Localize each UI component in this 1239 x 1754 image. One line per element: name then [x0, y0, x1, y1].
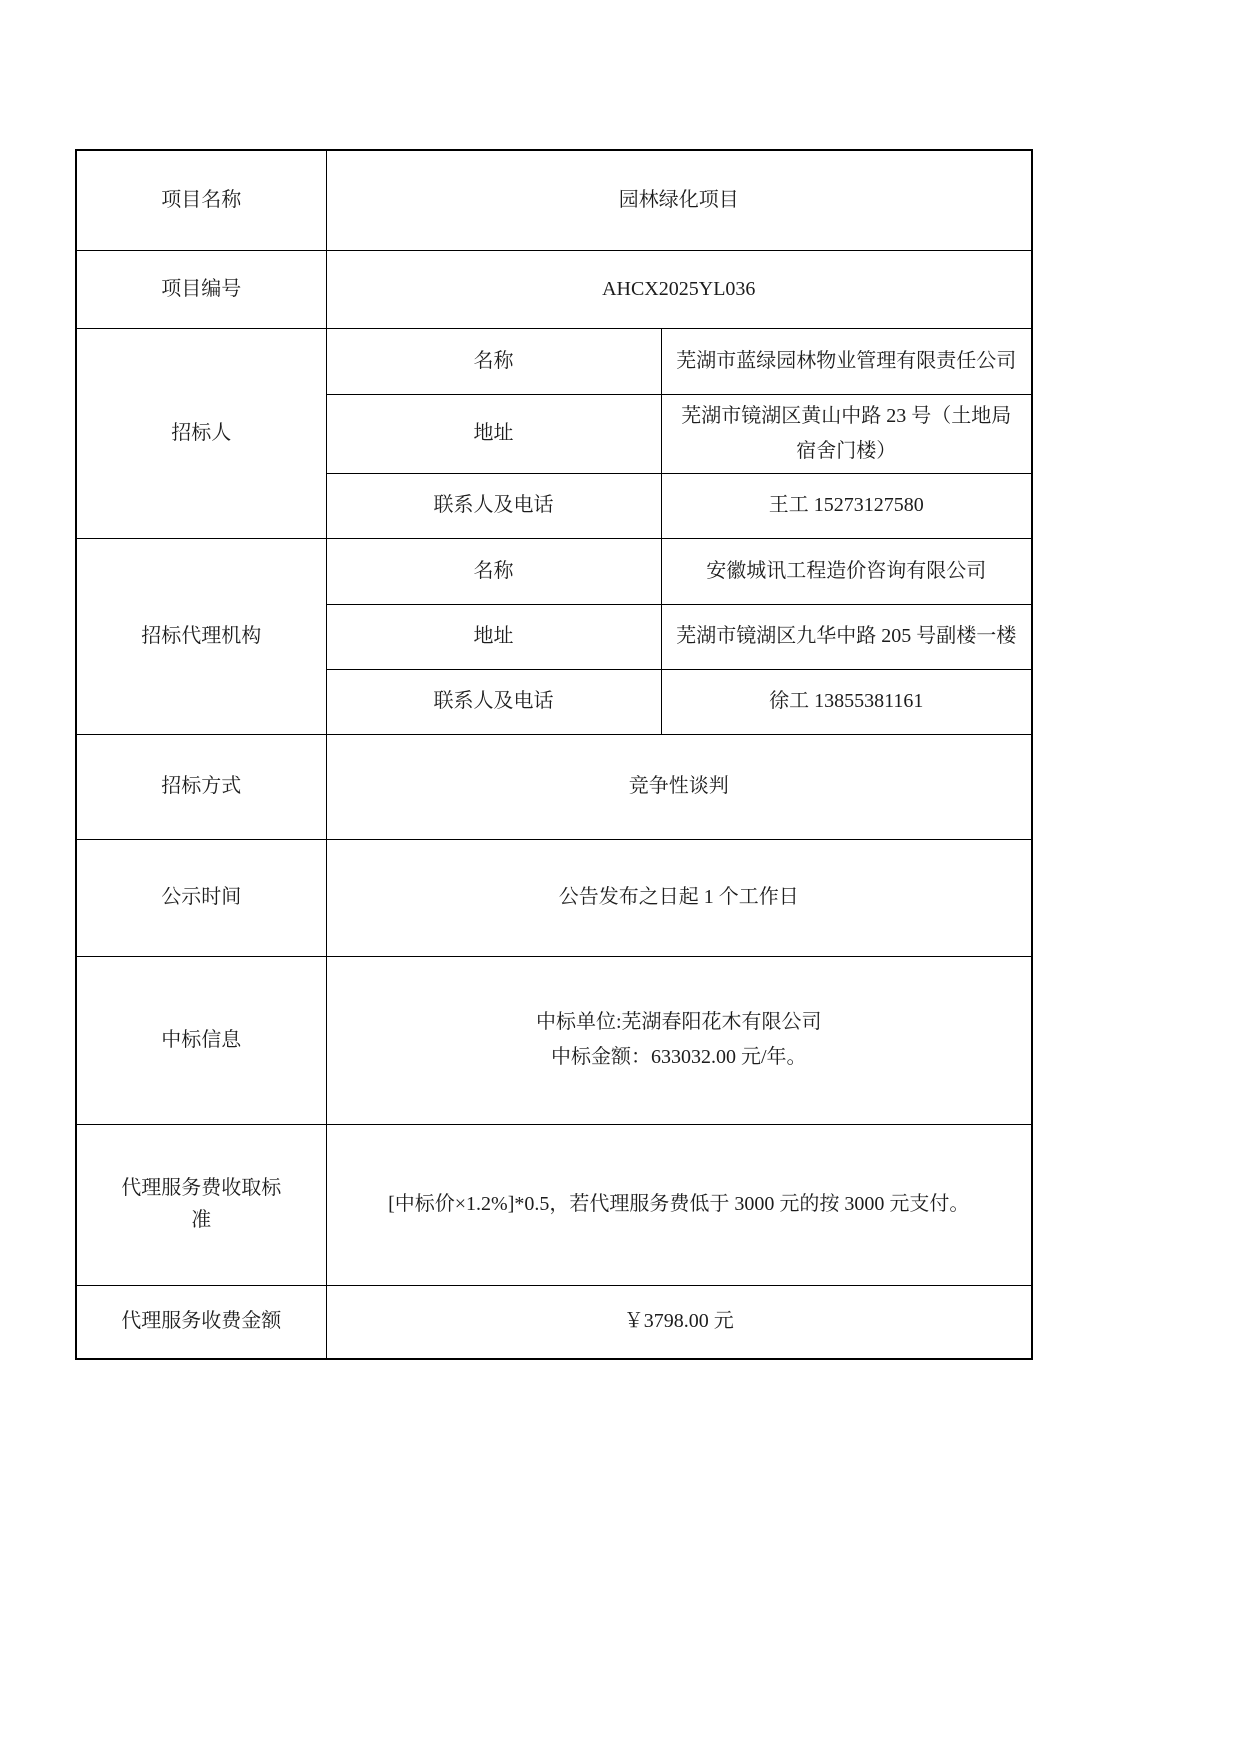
tenderer-name-label: 名称	[326, 328, 661, 394]
award-amount-line: 中标金额：633032.00 元/年。	[337, 1040, 1022, 1075]
tenderer-contact-label: 联系人及电话	[326, 473, 661, 538]
tenderer-address-label: 地址	[326, 394, 661, 473]
tender-method-value: 竞争性谈判	[326, 734, 1032, 839]
tenderer-address-value: 芜湖市镜湖区黄山中路 23 号（土地局宿舍门楼）	[661, 394, 1032, 473]
agency-contact-label: 联系人及电话	[326, 669, 661, 734]
tenderer-label: 招标人	[76, 328, 326, 538]
row-fee-standard: 代理服务费收取标准 [中标价×1.2%]*0.5，若代理服务费低于 3000 元…	[76, 1124, 1032, 1285]
fee-standard-value: [中标价×1.2%]*0.5，若代理服务费低于 3000 元的按 3000 元支…	[326, 1124, 1032, 1285]
row-publicity-time: 公示时间 公告发布之日起 1 个工作日	[76, 839, 1032, 956]
project-name-value: 园林绿化项目	[326, 150, 1032, 250]
fee-standard-label: 代理服务费收取标准	[76, 1124, 326, 1285]
tenderer-name-value: 芜湖市蓝绿园林物业管理有限责任公司	[661, 328, 1032, 394]
award-info-value: 中标单位:芜湖春阳花木有限公司 中标金额：633032.00 元/年。	[326, 956, 1032, 1124]
row-tenderer-name: 招标人 名称 芜湖市蓝绿园林物业管理有限责任公司	[76, 328, 1032, 394]
fee-amount-label: 代理服务收费金额	[76, 1285, 326, 1359]
document-page: 项目名称 园林绿化项目 项目编号 AHCX2025YL036 招标人 名称 芜湖…	[0, 0, 1239, 1754]
tenderer-contact-value: 王工 15273127580	[661, 473, 1032, 538]
row-fee-amount: 代理服务收费金额 ￥3798.00 元	[76, 1285, 1032, 1359]
award-winner-line: 中标单位:芜湖春阳花木有限公司	[337, 1005, 1022, 1040]
fee-amount-value: ￥3798.00 元	[326, 1285, 1032, 1359]
tender-result-table: 项目名称 园林绿化项目 项目编号 AHCX2025YL036 招标人 名称 芜湖…	[75, 149, 1033, 1360]
row-tender-method: 招标方式 竞争性谈判	[76, 734, 1032, 839]
row-award-info: 中标信息 中标单位:芜湖春阳花木有限公司 中标金额：633032.00 元/年。	[76, 956, 1032, 1124]
row-project-name: 项目名称 园林绿化项目	[76, 150, 1032, 250]
publicity-time-value: 公告发布之日起 1 个工作日	[326, 839, 1032, 956]
agency-label: 招标代理机构	[76, 538, 326, 734]
publicity-time-label: 公示时间	[76, 839, 326, 956]
project-number-label: 项目编号	[76, 250, 326, 328]
tender-method-label: 招标方式	[76, 734, 326, 839]
agency-name-value: 安徽城讯工程造价咨询有限公司	[661, 538, 1032, 604]
project-number-value: AHCX2025YL036	[326, 250, 1032, 328]
agency-address-label: 地址	[326, 604, 661, 669]
award-info-label: 中标信息	[76, 956, 326, 1124]
row-agency-name: 招标代理机构 名称 安徽城讯工程造价咨询有限公司	[76, 538, 1032, 604]
row-project-number: 项目编号 AHCX2025YL036	[76, 250, 1032, 328]
agency-contact-value: 徐工 13855381161	[661, 669, 1032, 734]
agency-address-value: 芜湖市镜湖区九华中路 205 号副楼一楼	[661, 604, 1032, 669]
agency-name-label: 名称	[326, 538, 661, 604]
project-name-label: 项目名称	[76, 150, 326, 250]
